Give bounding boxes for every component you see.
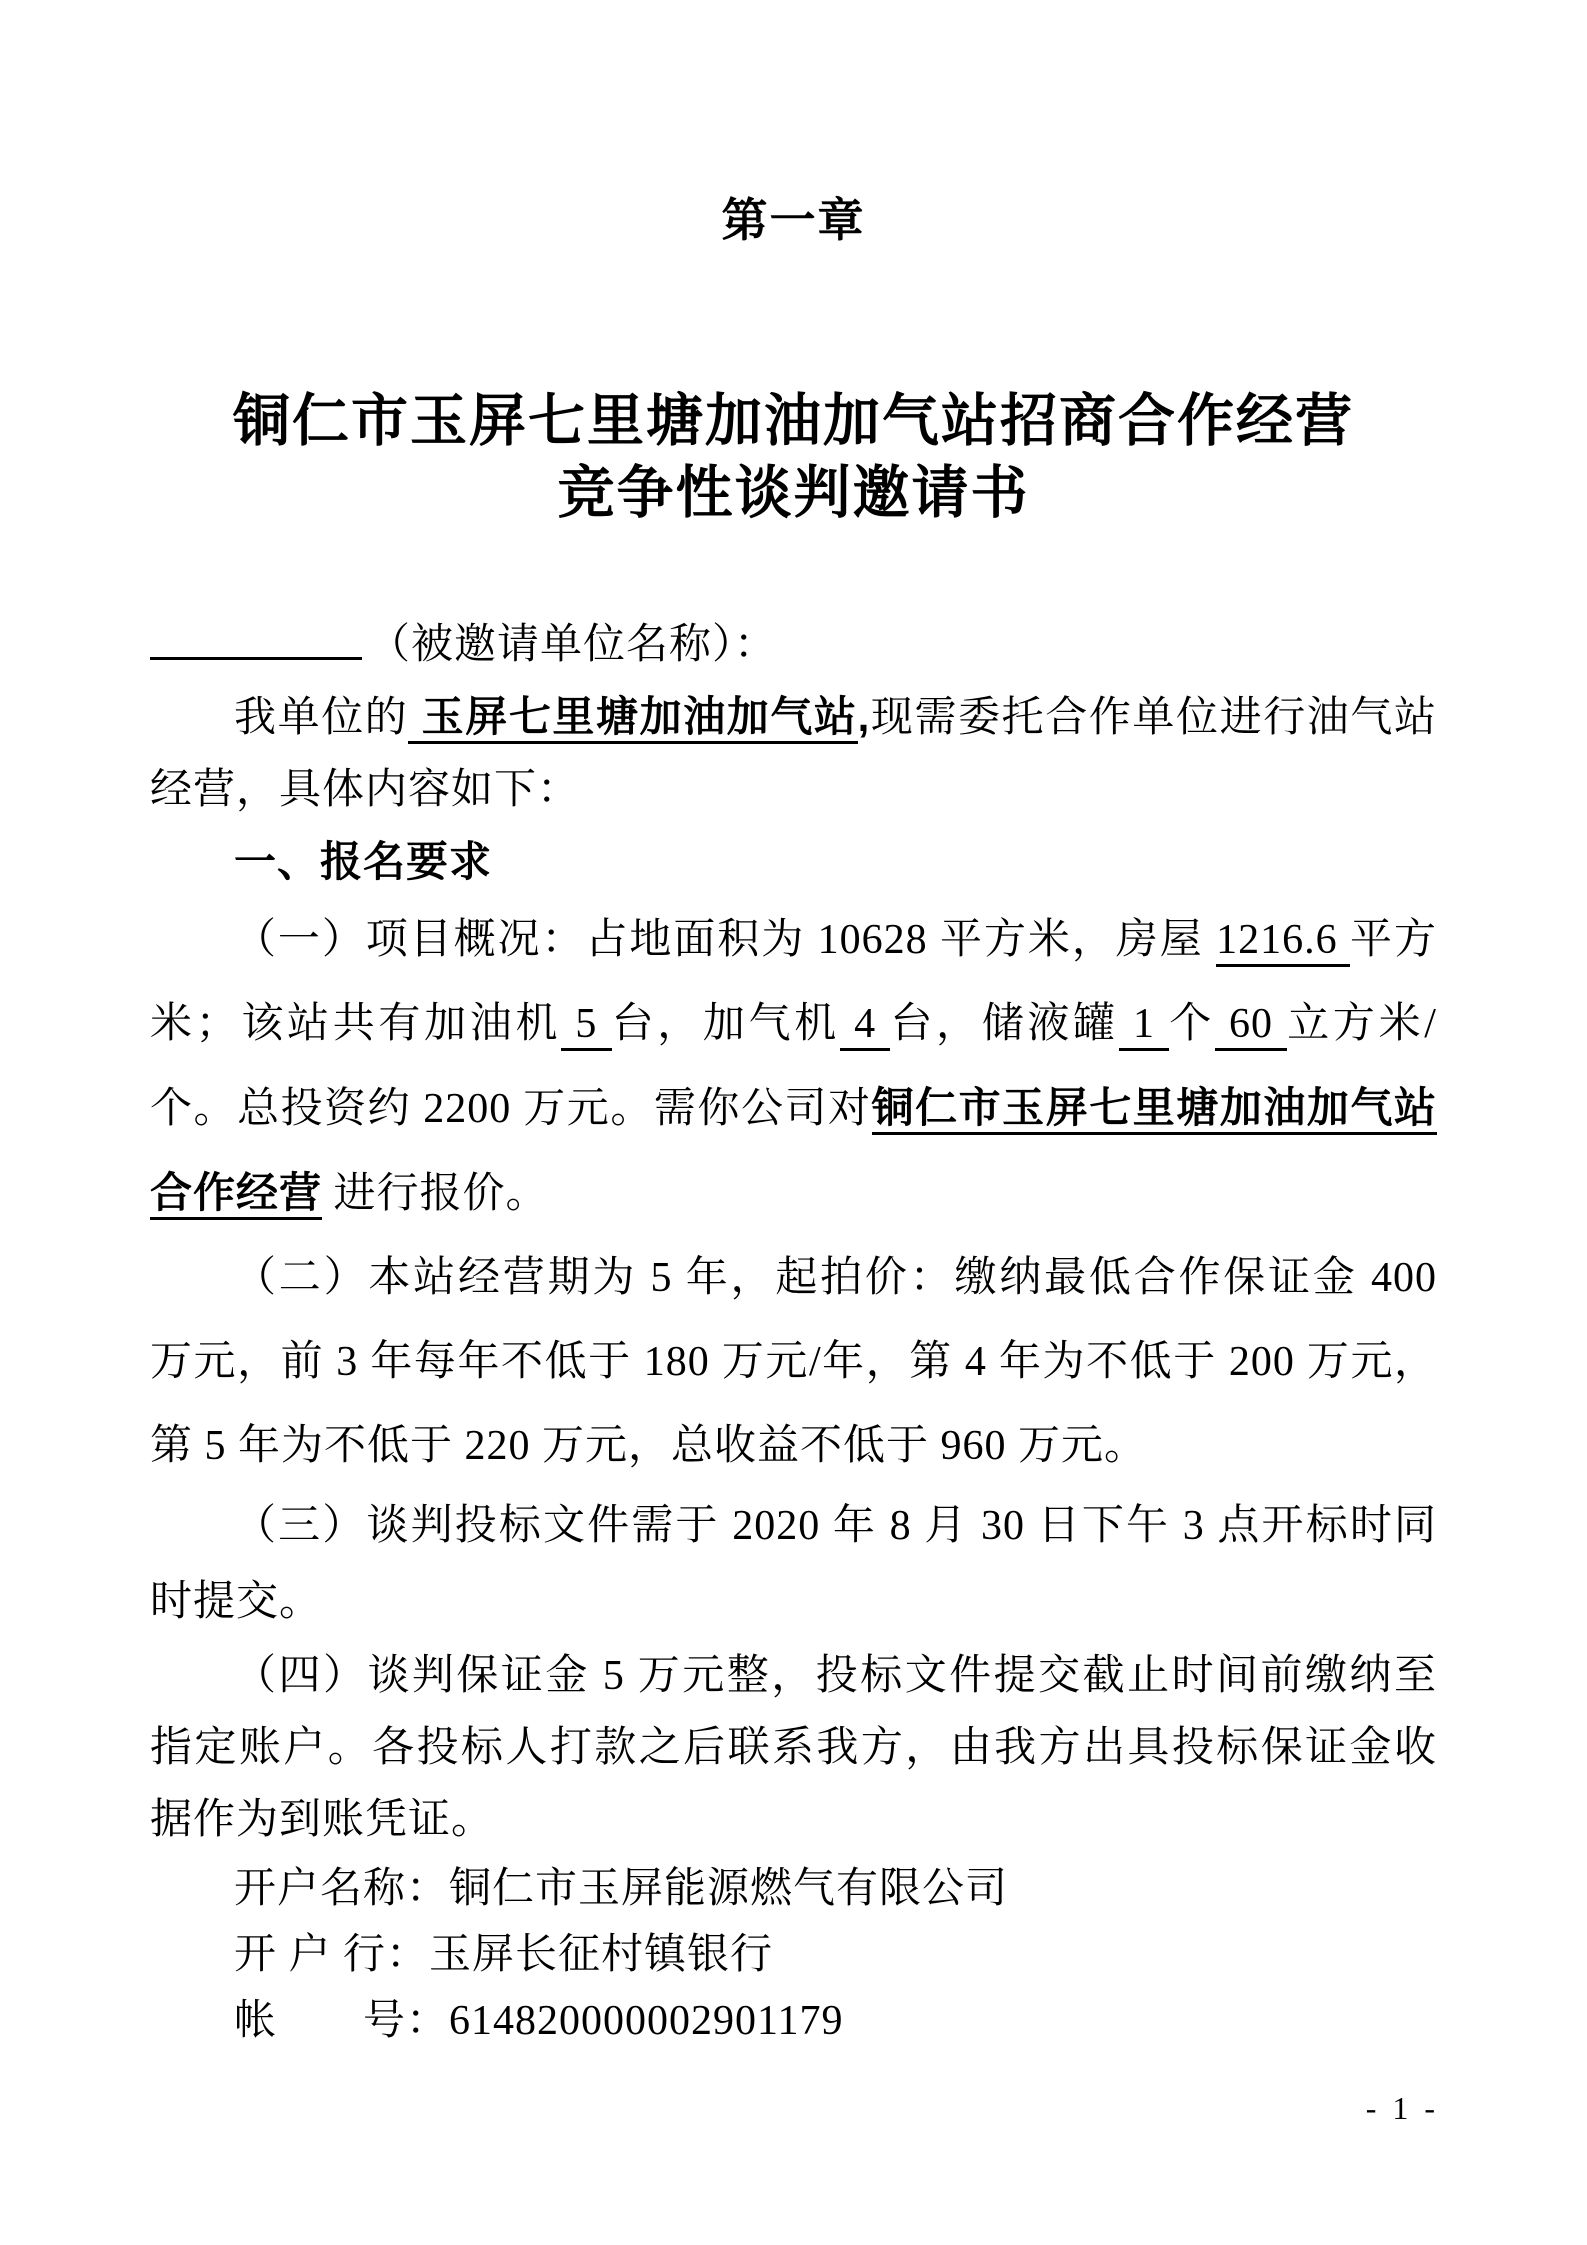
item1-seg-6: 台，储液罐	[890, 1001, 1118, 1047]
salutation-line: （被邀请单位名称）：	[150, 609, 1437, 681]
document-title: 铜仁市玉屏七里塘加油加气站招商合作经营 竞争性谈判邀请书	[150, 385, 1437, 529]
intro-comma: ,	[858, 693, 871, 740]
item1-seg-0: （一）项目概况：占地面积为 10628 平方米，房屋	[234, 917, 1216, 963]
section1-heading: 一、报名要求	[150, 826, 1437, 898]
item1-seg-12: 进行报价。	[322, 1171, 549, 1217]
chapter-heading: 第一章	[150, 195, 1437, 245]
bank-account-number-value: 614820000002901179	[449, 1998, 843, 2044]
item1-oil-dispenser-count-underlined: 5	[561, 1001, 611, 1051]
item1-gas-dispenser-count-underlined: 4	[840, 1001, 890, 1051]
bank-account-name-value: 铜仁市玉屏能源燃气有限公司	[449, 1866, 1008, 1912]
bank-account-number-row: 帐 号：614820000002901179	[150, 1988, 1437, 2054]
item2-paragraph: （二）本站经营期为 5 年，起拍价：缴纳最低合作保证金 400 万元，前 3 年…	[150, 1236, 1437, 1488]
bank-branch-row: 开 户 行：玉屏长征村镇银行	[150, 1922, 1437, 1988]
salutation-text: （被邀请单位名称）：	[368, 622, 777, 668]
item3-paragraph: （三）谈判投标文件需于 2020 年 8 月 30 日下午 3 点开标时同时提交…	[150, 1488, 1437, 1640]
item1-tank-count-underlined: 1	[1119, 1001, 1169, 1051]
bank-branch-label: 开 户 行：	[234, 1932, 429, 1978]
invitee-name-blank-underline	[150, 657, 362, 660]
item4-paragraph: （四）谈判保证金 5 万元整，投标文件提交截止时间前缴纳至指定账户。各投标人打款…	[150, 1640, 1437, 1856]
page-number: - 1 -	[1366, 2090, 1439, 2127]
document-page: 第一章 铜仁市玉屏七里塘加油加气站招商合作经营 竞争性谈判邀请书 （被邀请单位名…	[0, 0, 1587, 2245]
intro-lead: 我单位的	[234, 695, 408, 741]
document-title-line-2: 竞争性谈判邀请书	[150, 457, 1437, 529]
bank-account-name-label: 开户名称：	[234, 1866, 449, 1912]
intro-paragraph: 我单位的 玉屏七里塘加油加气站,现需委托合作单位进行油气站经营，具体内容如下：	[150, 681, 1437, 826]
item1-house-area-underlined: 1216.6	[1216, 917, 1350, 967]
bank-branch-value: 玉屏长征村镇银行	[429, 1932, 773, 1978]
station-name-emphasis: 玉屏七里塘加油加气站	[408, 693, 857, 744]
document-title-line-1: 铜仁市玉屏七里塘加油加气站招商合作经营	[150, 385, 1437, 457]
item1-seg-4: 台，加气机	[612, 1001, 840, 1047]
bank-account-number-label: 帐 号：	[234, 1998, 449, 2044]
item1-paragraph: （一）项目概况：占地面积为 10628 平方米，房屋 1216.6 平方米；该站…	[150, 898, 1437, 1236]
bank-account-name-row: 开户名称：铜仁市玉屏能源燃气有限公司	[150, 1856, 1437, 1922]
item1-seg-8: 个	[1169, 1001, 1215, 1047]
item1-tank-volume-underlined: 60	[1215, 1001, 1287, 1051]
